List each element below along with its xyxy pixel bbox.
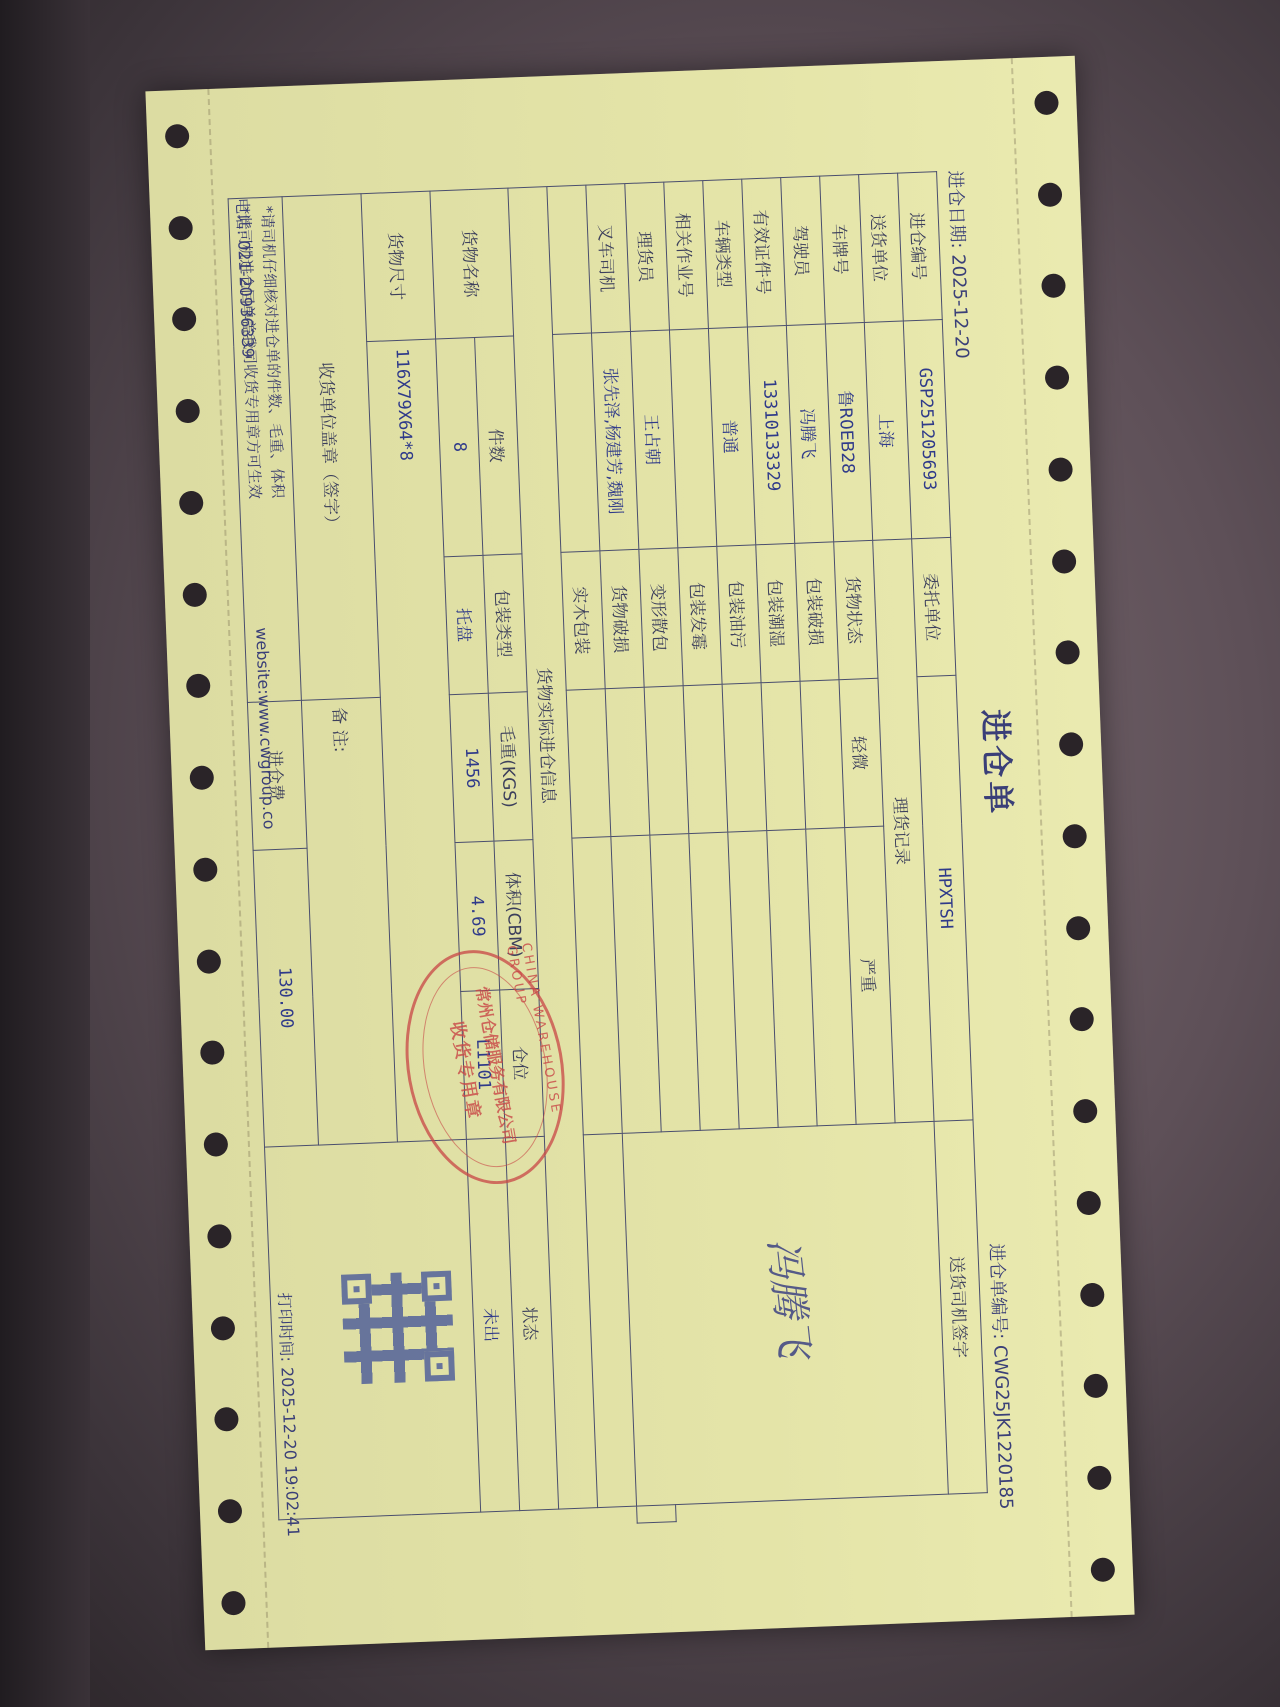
tally-row-label: 变形散包	[639, 548, 683, 687]
tally-cell	[644, 686, 689, 836]
cell-label: 车辆类型	[703, 179, 748, 328]
tally-cell	[566, 689, 611, 839]
driver-signature: 冯腾飞	[757, 1235, 827, 1360]
cell-label: 相关作业号	[664, 181, 709, 330]
tally-row-label: 包装潮湿	[756, 543, 800, 682]
cell-label: 进仓编号	[898, 172, 943, 321]
tally-cell	[722, 683, 767, 833]
goods-name-label: 货物名称	[430, 188, 514, 339]
tally-cell	[761, 681, 806, 831]
tally-cell	[683, 684, 728, 834]
print-time-value: 2025-12-20 19:02:41	[277, 1367, 303, 1538]
phone-label: 电话:	[233, 197, 253, 235]
print-time-label: 打印时间:	[275, 1292, 297, 1362]
receipt-content: 进仓单 进仓日期: 2025-12-20 进仓单编号: CWG25JK12201…	[240, 169, 1051, 1537]
goods-col-header: 包装类型	[483, 554, 527, 693]
goods-package-type: 托盘	[444, 555, 488, 694]
blank-cell	[547, 185, 592, 334]
phone-value: 021-20936339	[234, 240, 258, 358]
driver-signature-cell: 冯腾飞	[622, 1121, 948, 1506]
cell-label: 委托单位	[912, 537, 956, 676]
receipt-number: 进仓单编号: CWG25JK1220185	[984, 1243, 1020, 1510]
goods-col-header: 毛重(KGS)	[488, 692, 533, 842]
tally-col-header: 轻微	[839, 678, 884, 828]
tally-cell	[605, 687, 650, 837]
warehouse-receipt-paper: 进仓单 进仓日期: 2025-12-20 进仓单编号: CWG25JK12201…	[145, 56, 1134, 1651]
receipt-number-value: CWG25JK1220185	[989, 1345, 1016, 1510]
desk-background-left	[0, 0, 90, 1707]
document-title: 进仓单	[974, 708, 1024, 818]
entry-date-label: 进仓日期:	[944, 170, 968, 249]
entry-date: 进仓日期: 2025-12-20	[943, 170, 976, 359]
tally-cell	[800, 680, 845, 830]
tally-row-label: 包装发霉	[678, 546, 722, 685]
receipt-number-label: 进仓单编号:	[985, 1243, 1010, 1340]
cell-label: 理货员	[625, 182, 670, 331]
cell-label: 送货单位	[859, 173, 904, 322]
cell-label: 有效证件号	[742, 178, 787, 327]
cell-label: 叉车司机	[586, 184, 631, 333]
tally-col-header: 货物状态	[834, 540, 878, 679]
goods-gross-weight: 1456	[449, 693, 494, 843]
tally-row-label: 包装油污	[717, 545, 761, 684]
goods-size-label: 货物尺寸	[361, 191, 436, 341]
cell-label: 车牌号	[820, 175, 865, 324]
cell-label: 驾驶员	[781, 176, 826, 325]
entry-date-value: 2025-12-20	[947, 254, 972, 359]
tally-row-label: 货物破损	[600, 549, 644, 688]
receipt-main-table: 进仓编号 GSP251205693 委托单位 HPXTSH 送货司机签字 送货单…	[228, 171, 989, 1537]
tally-row-label: 实木包装	[561, 551, 605, 690]
tally-row-label: 包装破损	[795, 542, 839, 681]
fee-value: 130.00	[253, 848, 318, 1147]
qr-code-icon	[341, 1270, 455, 1384]
blank-cell	[637, 1505, 677, 1523]
